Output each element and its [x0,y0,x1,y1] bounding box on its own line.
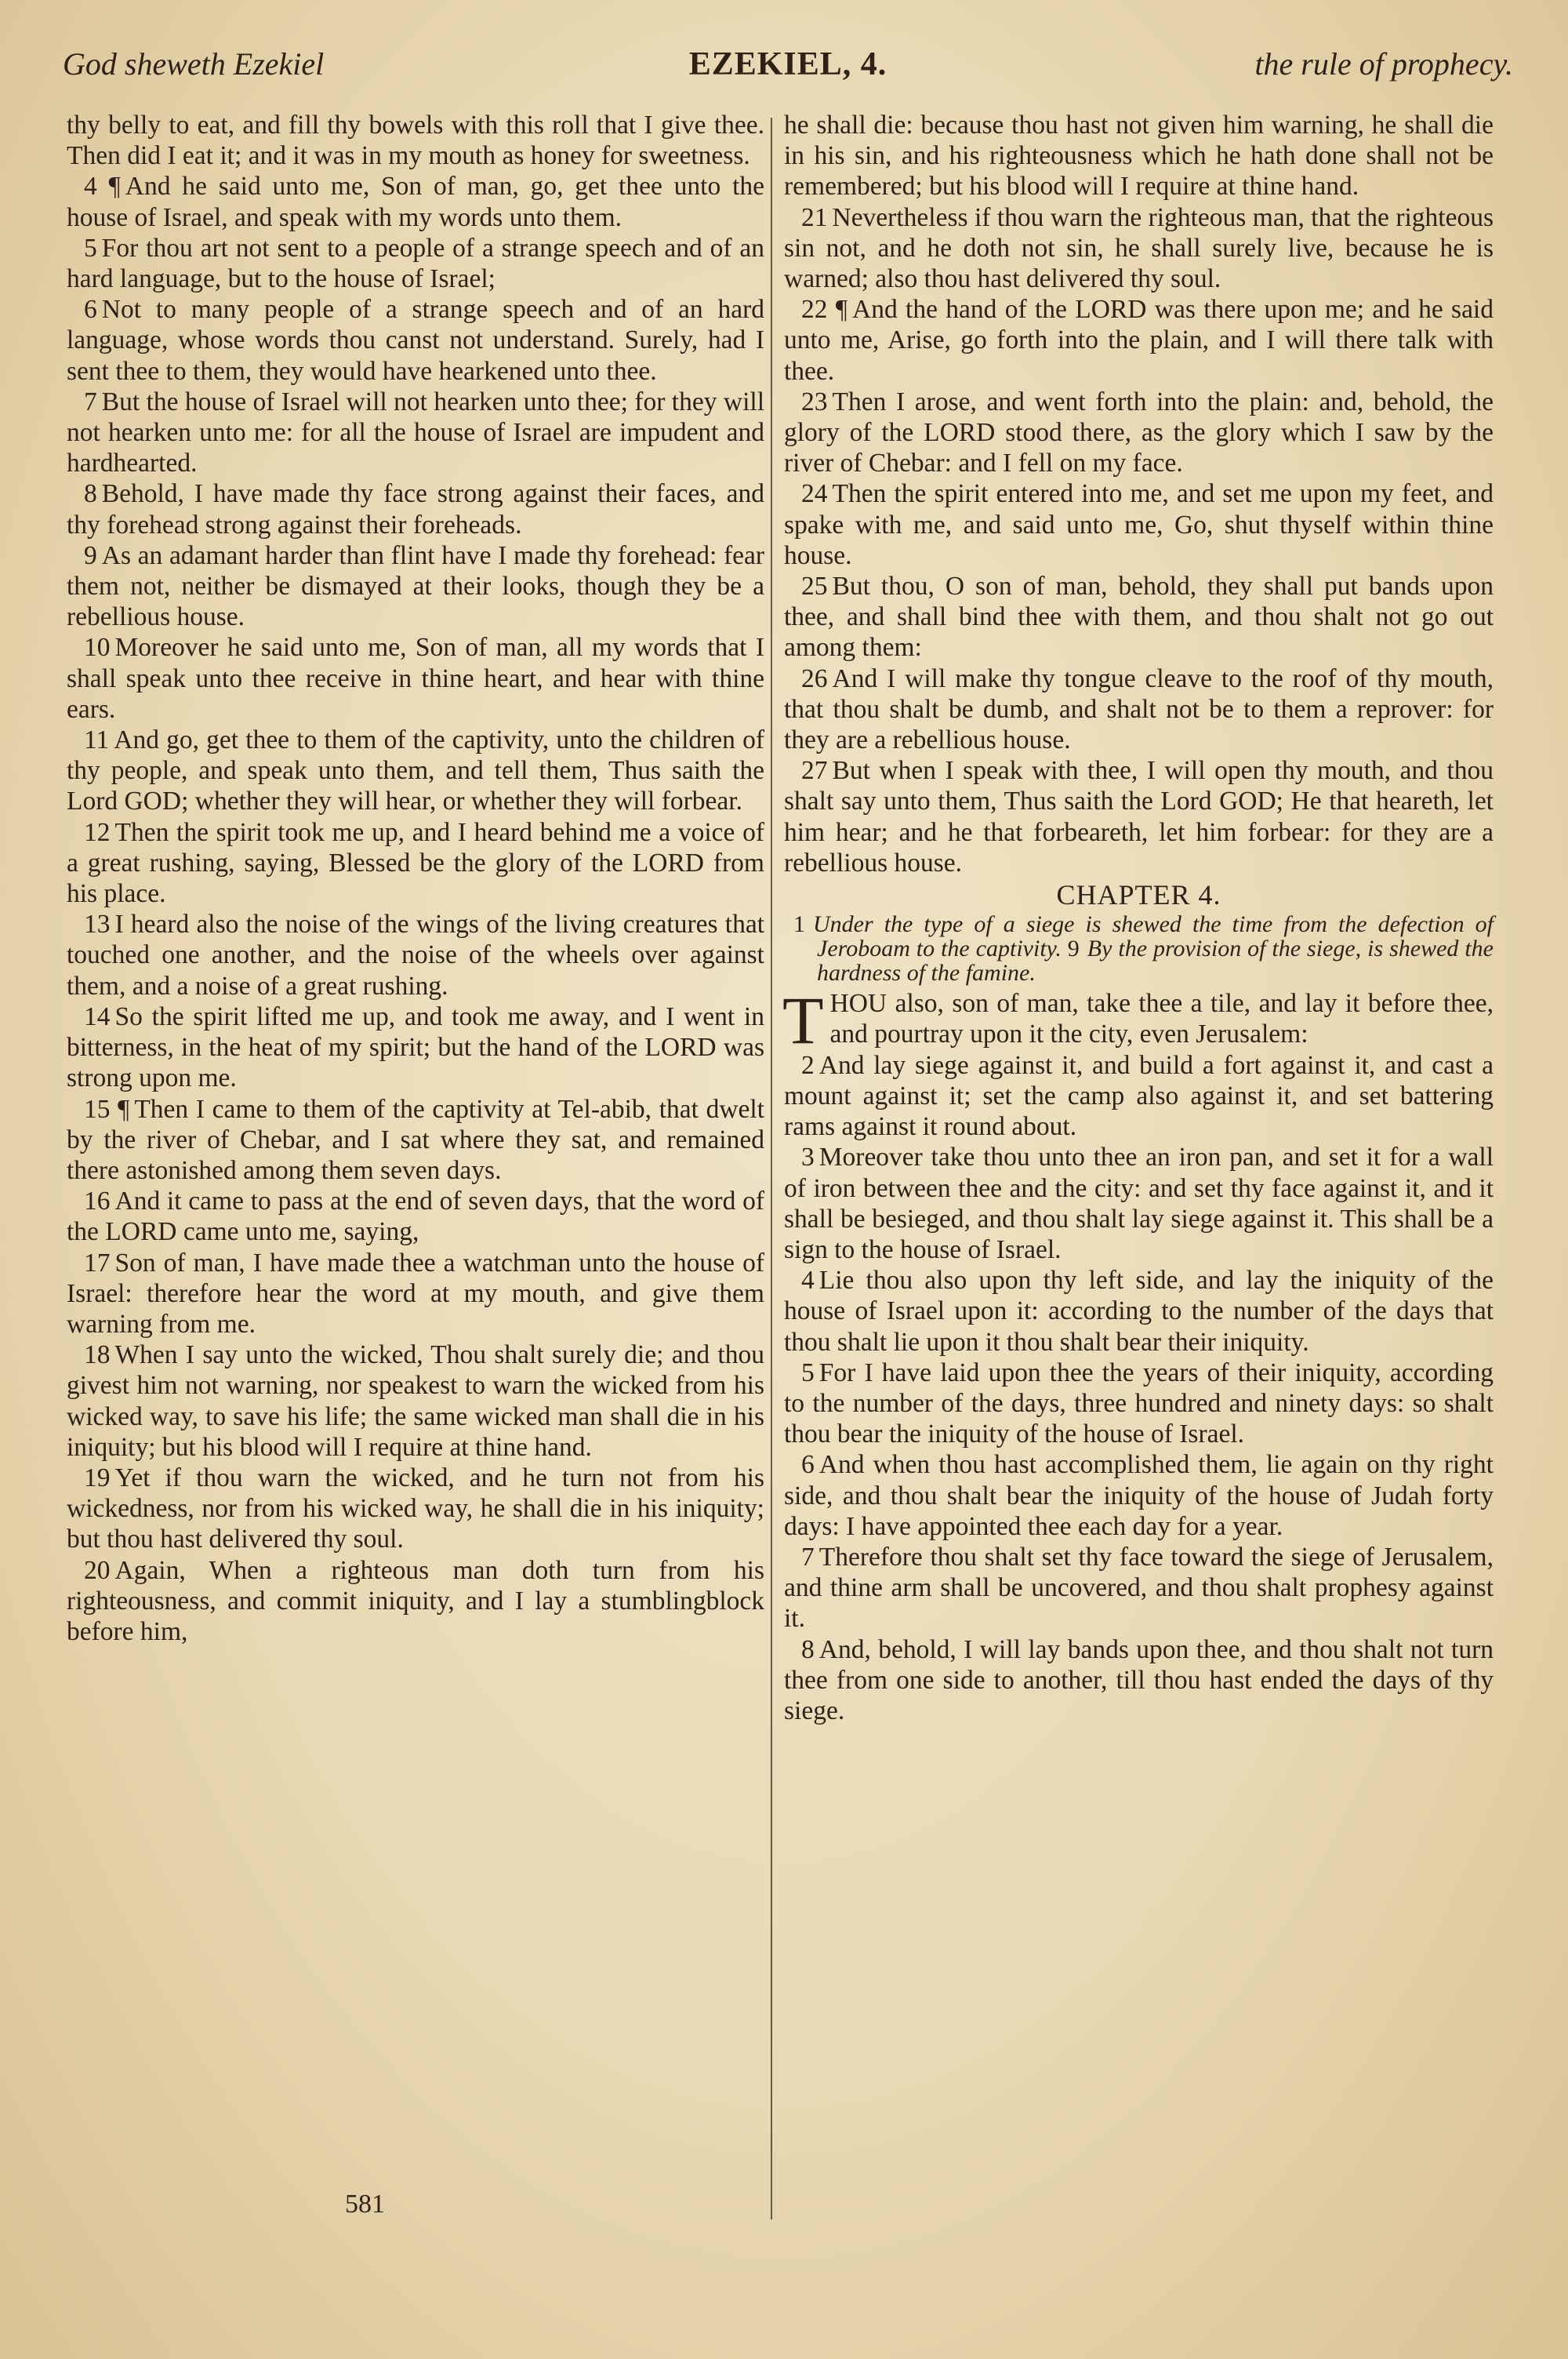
verse-continuation: thy belly to eat, and fill thy bowels wi… [67,110,764,171]
verse-text: When I say unto the wicked, Thou shalt s… [67,1340,764,1462]
verse-text: But thou, O son of man, behold, they sha… [784,572,1494,662]
verse-3: 3Moreover take thou unto thee an iron pa… [784,1142,1494,1265]
verse-text: And I will make thy tongue cleave to the… [784,664,1494,754]
verse-number: 18 [84,1340,111,1369]
verse-text: And it came to pass at the end of seven … [67,1187,764,1246]
verse-number: 25 [801,572,828,601]
verse-15: 15 ¶Then I came to them of the captivity… [67,1094,764,1187]
verse-number: 16 [84,1187,111,1216]
verse-number: 20 [84,1556,111,1585]
verse-number: 11 [84,725,109,754]
verse-text: Then the spirit took me up, and I heard … [67,818,764,908]
verse-2: 2And lay siege against it, and build a f… [784,1050,1494,1143]
verse-13: 13I heard also the noise of the wings of… [67,909,764,1001]
verse-number: 27 [801,756,828,785]
header-right-caption: the rule of prophecy. [1254,45,1513,82]
verse-text: Not to many people of a strange speech a… [67,295,764,385]
verse-number: 17 [84,1249,111,1278]
verse-24: 24Then the spirit entered into me, and s… [784,478,1494,571]
verse-text: I heard also the noise of the wings of t… [67,910,764,1000]
summary-text: 1Under the type of a siege is shewed the… [784,912,1494,985]
verse-text: For I have laid upon thee the years of t… [784,1358,1494,1448]
verse-number: 6 [801,1450,815,1479]
verse-19: 19Yet if thou warn the wicked, and he tu… [67,1463,764,1555]
verse-number: 4 ¶ [84,172,121,201]
verse-text: As an adamant harder than flint have I m… [67,541,764,631]
verse-20: 20Again, When a righteous man doth turn … [67,1555,764,1648]
verse-text: Behold, I have made thy face strong agai… [67,479,764,539]
verse-number: 13 [84,910,111,939]
running-header: God sheweth Ezekiel EZEKIEL, 4. the rule… [63,45,1513,93]
verse-continuation: he shall die: because thou hast not give… [784,110,1494,202]
verse-text: But the house of Israel will not hearken… [67,387,764,478]
verse-number: 6 [84,295,97,324]
page-number: 581 [345,2190,385,2219]
verse-11: 11And go, get thee to them of the captiv… [67,725,764,817]
verse-6: 6Not to many people of a strange speech … [67,294,764,387]
verse-4: 4Lie thou also upon thy left side, and l… [784,1265,1494,1358]
verse-text: Therefore thou shalt set thy face toward… [784,1543,1494,1633]
verse-number: 26 [801,664,828,693]
verse-number: 4 [801,1266,815,1295]
left-verse-list: 4 ¶And he said unto me, Son of man, go, … [67,171,764,1647]
verse-number: 2 [801,1051,815,1080]
summary-verse-ref: 1 [793,911,805,937]
verse-text: And when thou hast accomplished them, li… [784,1450,1494,1540]
verse-text: But when I speak with thee, I will open … [784,756,1494,878]
chapter-summary: 1Under the type of a siege is shewed the… [784,912,1494,985]
verse-number: 7 [801,1543,815,1572]
header-book-chapter: EZEKIEL, 4. [689,45,887,83]
chapter-verse-list: 2And lay siege against it, and build a f… [784,1050,1494,1726]
verse-16: 16And it came to pass at the end of seve… [67,1186,764,1247]
verse-number: 9 [84,541,97,570]
verse-9: 9As an adamant harder than flint have I … [67,540,764,633]
verse-text: And, behold, I will lay bands upon thee,… [784,1635,1494,1725]
verse-text: And the hand of the LORD was there upon … [784,295,1494,385]
verse-number: 3 [801,1143,815,1172]
verse-10: 10Moreover he said unto me, Son of man, … [67,632,764,725]
verse-7: 7Therefore thou shalt set thy face towar… [784,1542,1494,1634]
verse-number: 5 [84,234,97,263]
verse-22: 22 ¶And the hand of the LORD was there u… [784,294,1494,387]
verse-text: Lie thou also upon thy left side, and la… [784,1266,1494,1356]
verse-8: 8And, behold, I will lay bands upon thee… [784,1634,1494,1727]
verse-text: Again, When a righteous man doth turn fr… [67,1556,764,1646]
verse-number: 5 [801,1358,815,1387]
summary-verse-ref: 9 [1062,936,1080,961]
verse-text: And go, get thee to them of the captivit… [67,725,764,816]
verse-number: 7 [84,387,97,416]
verse-number: 21 [801,203,828,232]
drop-cap: T [782,993,824,1048]
verse-text: Yet if thou warn the wicked, and he turn… [67,1463,764,1554]
verse-12: 12Then the spirit took me up, and I hear… [67,817,764,910]
verse-18: 18When I say unto the wicked, Thou shalt… [67,1339,764,1463]
verse-23: 23Then I arose, and went forth into the … [784,387,1494,479]
verse-25: 25But thou, O son of man, behold, they s… [784,571,1494,663]
opening-text: also, son of man, take thee a tile, and … [830,989,1494,1049]
verse-text: Then I arose, and went forth into the pl… [784,387,1494,478]
verse-number: 12 [84,818,111,847]
verse-number: 15 ¶ [84,1095,129,1124]
left-column: thy belly to eat, and fill thy bowels wi… [67,110,764,1647]
verse-text: Moreover take thou unto thee an iron pan… [784,1143,1494,1264]
verse-8: 8Behold, I have made thy face strong aga… [67,478,764,540]
header-left-caption: God sheweth Ezekiel [63,45,324,82]
verse-6: 6And when thou hast accomplished them, l… [784,1449,1494,1542]
verse-number: 8 [801,1635,815,1664]
verse-text: Son of man, I have made thee a watchman … [67,1249,764,1339]
right-verse-list: 21Nevertheless if thou warn the righteou… [784,202,1494,878]
verse-text: So the spirit lifted me up, and took me … [67,1002,764,1092]
verse-text: And he said unto me, Son of man, go, get… [67,172,764,231]
verse-number: 23 [801,387,828,416]
verse-text: Then I came to them of the captivity at … [67,1095,764,1185]
right-column: he shall die: because thou hast not give… [784,110,1494,1726]
verse-number: 8 [84,479,97,508]
verse-21: 21Nevertheless if thou warn the righteou… [784,202,1494,295]
verse-7: 7But the house of Israel will not hearke… [67,387,764,479]
verse-text: And lay siege against it, and build a fo… [784,1051,1494,1141]
verse-text: Moreover he said unto me, Son of man, al… [67,633,764,723]
chapter-opening-verse: THOU also, son of man, take thee a tile,… [784,988,1494,1049]
verse-17: 17Son of man, I have made thee a watchma… [67,1248,764,1340]
verse-number: 22 ¶ [801,295,848,324]
verse-27: 27But when I speak with thee, I will ope… [784,755,1494,878]
verse-5: 5For I have laid upon thee the years of … [784,1358,1494,1450]
verse-26: 26And I will make thy tongue cleave to t… [784,663,1494,756]
verse-number: 10 [84,633,111,662]
verse-14: 14So the spirit lifted me up, and took m… [67,1001,764,1094]
verse-text: For thou art not sent to a people of a s… [67,234,764,293]
verse-number: 24 [801,479,828,508]
verse-text: Nevertheless if thou warn the righteous … [784,203,1494,293]
verse-4: 4 ¶And he said unto me, Son of man, go, … [67,171,764,232]
verse-number: 14 [84,1002,111,1031]
verse-text: Then the spirit entered into me, and set… [784,479,1494,569]
verse-5: 5For thou art not sent to a people of a … [67,233,764,294]
chapter-heading: CHAPTER 4. [784,880,1494,911]
opening-caps: HOU [830,989,887,1018]
column-divider [771,118,772,2219]
verse-number: 19 [84,1463,111,1492]
